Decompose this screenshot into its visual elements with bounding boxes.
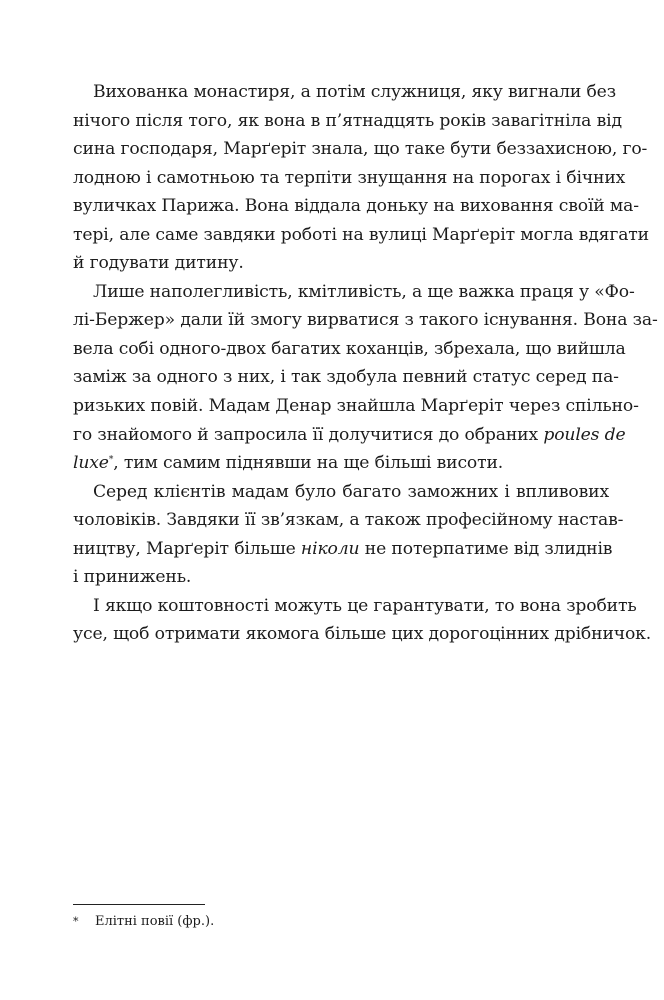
- paragraph-4: І якщо коштовності можуть це гарантувати…: [73, 592, 609, 649]
- italic-foreign-word: luxe: [73, 453, 109, 473]
- text-segment: го знайомого й запросила її долучитися д…: [73, 425, 538, 445]
- text-line: нічого після того, як вона в п’ятнадцять…: [73, 107, 609, 136]
- text-line: Серед клієнтів мадам було багато заможни…: [73, 478, 609, 507]
- footnote: *Елітні повії (фр.).: [73, 912, 214, 932]
- text-segment: ництву, Марґеріт більше: [73, 539, 296, 559]
- footnote-divider: [73, 904, 205, 905]
- footnote-text: Елітні повії (фр.).: [95, 914, 214, 929]
- text-line: усе, щоб отримати якомога більше цих дор…: [73, 620, 609, 649]
- italic-emphasis: ніколи: [301, 539, 360, 559]
- text-line: тері, але саме завдяки роботі на вулиці …: [73, 221, 609, 250]
- paragraph-1: Вихованка монастиря, а потім служниця, я…: [73, 78, 609, 278]
- italic-foreign-phrase: poules de: [543, 425, 625, 445]
- text-line: ризьких повій. Мадам Денар знайшла Марґе…: [73, 392, 609, 421]
- paragraph-3: Серед клієнтів мадам було багато заможни…: [73, 478, 609, 592]
- text-segment: тим самим піднявши на ще більші висоти.: [124, 453, 503, 473]
- text-line: вуличках Парижа. Вона віддала доньку на …: [73, 192, 609, 221]
- text-line: luxe*, тим самим піднявши на ще більші в…: [73, 449, 609, 478]
- text-line: лі-Бержер» дали їй змогу вирватися з так…: [73, 306, 609, 335]
- text-line: І якщо коштовності можуть це гарантувати…: [73, 592, 609, 621]
- text-line: Вихованка монастиря, а потім служниця, я…: [73, 78, 609, 107]
- text-line: заміж за одного з них, і так здобула пев…: [73, 363, 609, 392]
- text-line: вела собі одного-двох багатих коханців, …: [73, 335, 609, 364]
- text-line: лодною і самотньою та терпіти знущання н…: [73, 164, 609, 193]
- text-line: чоловіків. Завдяки її зв’язкам, а також …: [73, 506, 609, 535]
- text-line: ництву, Марґеріт більше ніколи не потерп…: [73, 535, 609, 564]
- text-segment: ,: [113, 453, 124, 473]
- paragraph-2: Лише наполегливість, кмітливість, а ще в…: [73, 278, 609, 478]
- book-page: Вихованка монастиря, а потім служниця, я…: [0, 0, 664, 1000]
- text-line: го знайомого й запросила її долучитися д…: [73, 421, 609, 450]
- body-text: Вихованка монастиря, а потім служниця, я…: [73, 78, 609, 649]
- text-line: й годувати дитину.: [73, 249, 609, 278]
- text-line: сина господаря, Марґеріт знала, що таке …: [73, 135, 609, 164]
- text-line: і принижень.: [73, 563, 609, 592]
- text-line: Лише наполегливість, кмітливість, а ще в…: [73, 278, 609, 307]
- footnote-marker: *: [73, 912, 95, 932]
- text-segment: не потерпатиме від злиднів: [365, 539, 613, 559]
